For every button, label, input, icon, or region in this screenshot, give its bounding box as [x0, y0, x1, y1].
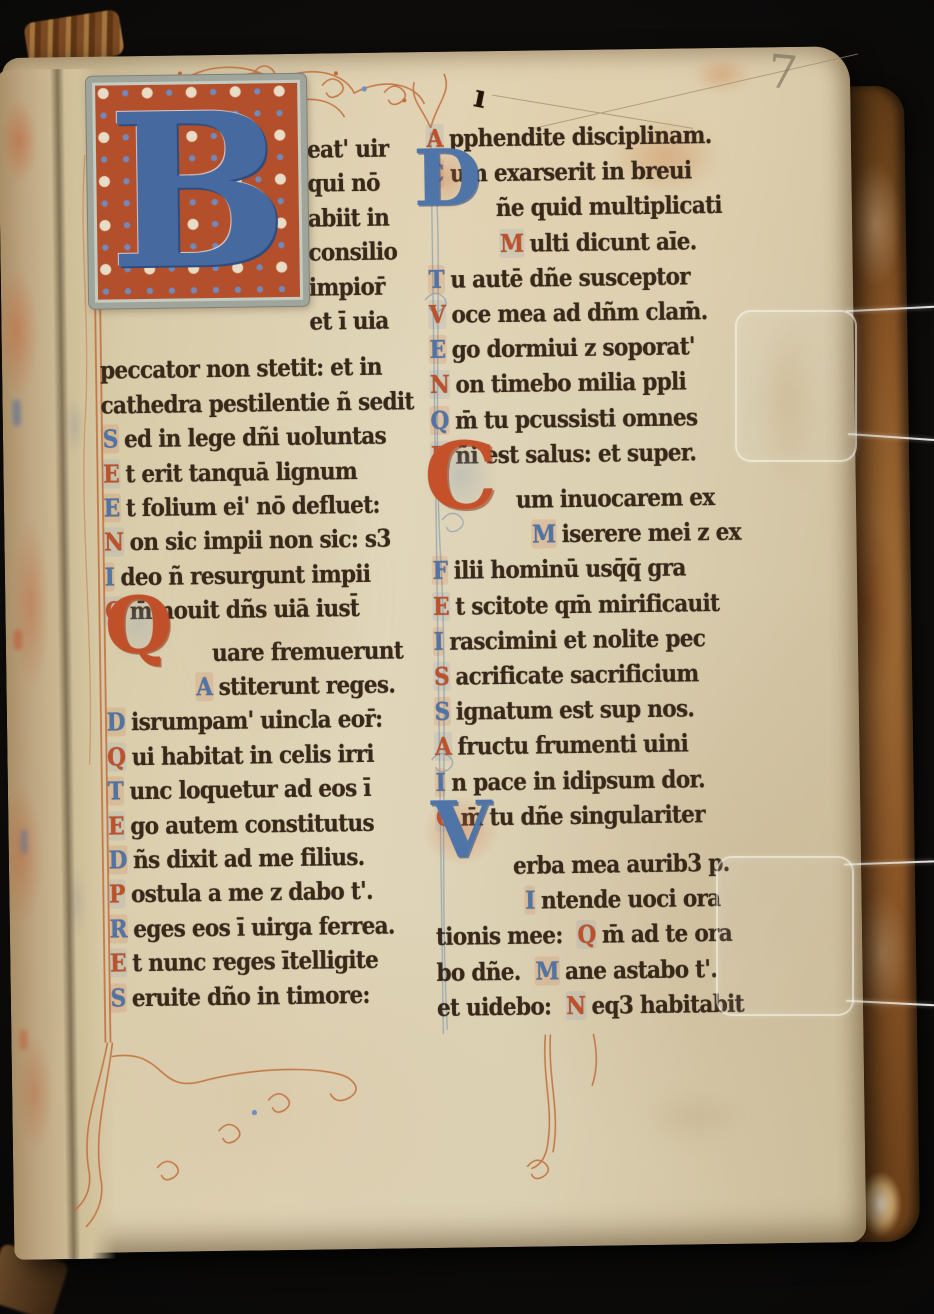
text-line: abiit in [308, 202, 390, 233]
text-line: Intende uoci ora [523, 883, 720, 916]
text-line: bo dñe. Mane astabo t'. [436, 954, 717, 988]
text-line: Dñs dixit ad me filius. [107, 842, 365, 876]
versal-initial: A [195, 672, 213, 701]
text-run: ilii hominū usq̄q̄ gra [453, 553, 685, 585]
text-run: on timebo milia ppli [455, 367, 686, 399]
versal-initial: R [109, 914, 128, 943]
text-line: Seruite dño in timore: [109, 980, 370, 1014]
versal-initial: S [110, 983, 127, 1012]
text-run: erba mea aurib3 p. [513, 848, 730, 880]
text-run: isrumpam' uincla eor̄: [131, 704, 383, 737]
text-line: um inuocarem ex [516, 482, 715, 515]
versal-initial: M [534, 956, 559, 985]
versal-initial: E [103, 493, 121, 522]
text-line: Ego dormiui z soporat' [428, 332, 695, 366]
text-line: Voce mea ad dñm clam̄. [427, 296, 708, 330]
text-line: erba mea aurib3 p. [513, 848, 730, 881]
text-run: uare fremuerunt [212, 635, 403, 667]
text-run: tionis mee: [436, 921, 570, 952]
text-run: ostula a me z dabo t'. [131, 876, 373, 908]
text-line: Disrumpam' uincla eor̄: [105, 704, 383, 738]
initial-domine: D [413, 137, 482, 220]
versal-initial: I [524, 886, 536, 915]
text-run: unc loquetur ad eos ī [129, 773, 371, 805]
text-line: Tu autē dñe susceptor [427, 261, 690, 295]
text-line: Et nunc reges ītelligite [108, 945, 378, 979]
versal-initial: E [107, 811, 125, 840]
text-run: ntende uoci ora [541, 883, 721, 915]
decoration-bleed [19, 1030, 27, 1050]
versal-initial: S [433, 662, 450, 691]
versal-initial: F [432, 556, 449, 585]
text-line: Ego autem constitutus [106, 807, 374, 841]
text-run: eruite dño in timore: [132, 980, 370, 1012]
text-line: Signatum est sup nos. [433, 694, 695, 728]
versal-initial: M [531, 519, 556, 548]
text-line: uare fremuerunt [212, 635, 403, 668]
text-run: peccator non stetit: et in [100, 352, 382, 385]
text-line: tionis mee: Qm̄ ad te ora [436, 918, 732, 952]
text-run: et ī uia [309, 306, 389, 336]
text-run: impior̄ [309, 271, 385, 301]
text-run: eat' uir [307, 134, 389, 164]
text-line: Non sic impii non sic: s3 [102, 524, 391, 558]
text-line: Et scitote qm̄ mirificauit [431, 588, 719, 622]
folio-number: 7 [766, 44, 800, 100]
text-run: et uidebo: [437, 991, 558, 1022]
text-line: Miserere mei z ex [530, 517, 741, 550]
versal-initial: T [107, 777, 125, 806]
text-line: Et folium ei' nō defluet: [102, 490, 380, 524]
text-line: impior̄ [309, 271, 385, 302]
text-run: pphendite disciplinam. [449, 120, 712, 153]
text-run: eges eos ī uirga ferrea. [133, 910, 395, 943]
text-run: t nunc reges ītelligite [132, 945, 378, 977]
versal-initial: P [108, 880, 126, 909]
text-run: um inuocarem ex [516, 482, 715, 514]
text-line: et ī uia [309, 306, 389, 337]
text-run: t scitote qm̄ mirificauit [455, 588, 719, 621]
text-line: Tunc loquetur ad eos ī [106, 773, 371, 807]
text-run: on sic impii non sic: s3 [129, 524, 390, 557]
text-run: abiit in [308, 202, 390, 232]
text-run: consilio [308, 237, 397, 267]
text-line: cathedra pestilentie ñ sedit [100, 386, 414, 420]
versal-initial: E [102, 459, 120, 488]
text-run: iserere mei z ex [561, 517, 740, 548]
manuscript-page: eat' uirqui nōabiit inconsilioimpior̄et … [2, 46, 867, 1254]
conservation-strap-top [735, 310, 857, 462]
text-run: acrificate sacrificium [455, 658, 698, 690]
versal-initial: D [108, 845, 128, 874]
text-run: t folium ei' nō defluet: [126, 490, 380, 523]
versal-initial: Q [576, 920, 596, 949]
versal-initial: S [434, 697, 451, 726]
text-run: cathedra pestilentie ñ sedit [100, 386, 413, 419]
text-run: stiterunt reges. [218, 670, 395, 701]
versal-initial: E [429, 335, 447, 364]
text-line: eat' uir [307, 134, 389, 165]
text-run: fructu frumenti uini [457, 729, 688, 761]
conservation-strap-bottom [716, 856, 854, 1016]
versal-initial: N [565, 991, 586, 1020]
text-run: bo dñe. [436, 956, 527, 986]
versal-initial: E [432, 591, 450, 620]
versal-initial: M [499, 228, 524, 257]
initial-verba: V [414, 787, 509, 874]
versal-initial: S [102, 425, 119, 454]
text-run: oce mea ad dñm clam̄. [451, 296, 707, 329]
text-run: ignatum est sup nos. [456, 694, 695, 726]
manuscript-photograph: eat' uirqui nōabiit inconsilioimpior̄et … [0, 0, 934, 1314]
versal-initial: N [429, 370, 450, 399]
text-run: um exarserit in breui [450, 156, 692, 188]
text-run: go dormiui z soporat' [451, 332, 695, 364]
text-run: ui habitat in celis irri [131, 739, 374, 771]
text-line: Sacrificate sacrificium [432, 658, 698, 692]
text-run: u autē dñe susceptor [450, 261, 690, 293]
versal-initial: V [428, 300, 446, 329]
versal-initial: I [433, 627, 445, 656]
text-line: Astiterunt reges. [194, 670, 395, 703]
versal-initial: D [106, 708, 126, 737]
text-run: ed in lege dñi uoluntas [124, 421, 386, 454]
text-line: Reges eos ī uirga ferrea. [108, 910, 395, 944]
illuminated-initial-beatus: B [86, 74, 309, 309]
decoration-bleed [20, 830, 27, 854]
text-line: Non timebo milia ppli [428, 367, 686, 401]
text-line: Et erit tanquā lignum [101, 456, 357, 490]
text-run: m̄ ad te ora [602, 918, 732, 949]
text-run: go autem constitutus [130, 807, 374, 839]
versal-initial: Q [106, 742, 126, 771]
text-line: Afructu frumenti uini [433, 729, 688, 763]
initial-cum-invocarem: C [415, 423, 506, 528]
initial-quare: Q [95, 580, 182, 673]
decoration-bleed [14, 630, 22, 650]
versal-initial: A [434, 732, 452, 761]
versal-initial: T [428, 265, 446, 294]
text-line: et uidebo: Neq3 habitabit [437, 989, 744, 1023]
text-line: Irascimini et nolite pec [432, 623, 706, 657]
text-run: ñe quid multiplicati [496, 190, 722, 222]
versal-initial: N [103, 528, 124, 557]
text-run: qui nō [307, 168, 380, 198]
text-line: Multi dicunt aīe. [498, 226, 697, 259]
text-line: ñe quid multiplicati [496, 190, 722, 223]
text-run: ñs dixit ad me filius. [133, 842, 365, 874]
text-run: t erit tanquā lignum [125, 456, 357, 488]
text-run: rascimini et nolite pec [449, 623, 705, 656]
text-line: peccator non stetit: et in [100, 352, 382, 386]
gutter-crease [50, 69, 81, 1259]
text-run: ulti dicunt aīe. [529, 226, 696, 257]
text-run: ane astabo t'. [565, 954, 718, 985]
text-line: Postula a me z dabo t'. [107, 876, 373, 910]
versal-initial: E [109, 949, 127, 978]
text-line: Qui habitat in celis irri [105, 739, 374, 773]
text-line: Sed in lege dñi uoluntas [101, 421, 386, 455]
text-line: qui nō [307, 168, 380, 199]
text-line: Filii hominū usq̄q̄ gra [431, 553, 686, 587]
decoration-bleed [12, 400, 20, 426]
text-line: consilio [308, 237, 397, 268]
